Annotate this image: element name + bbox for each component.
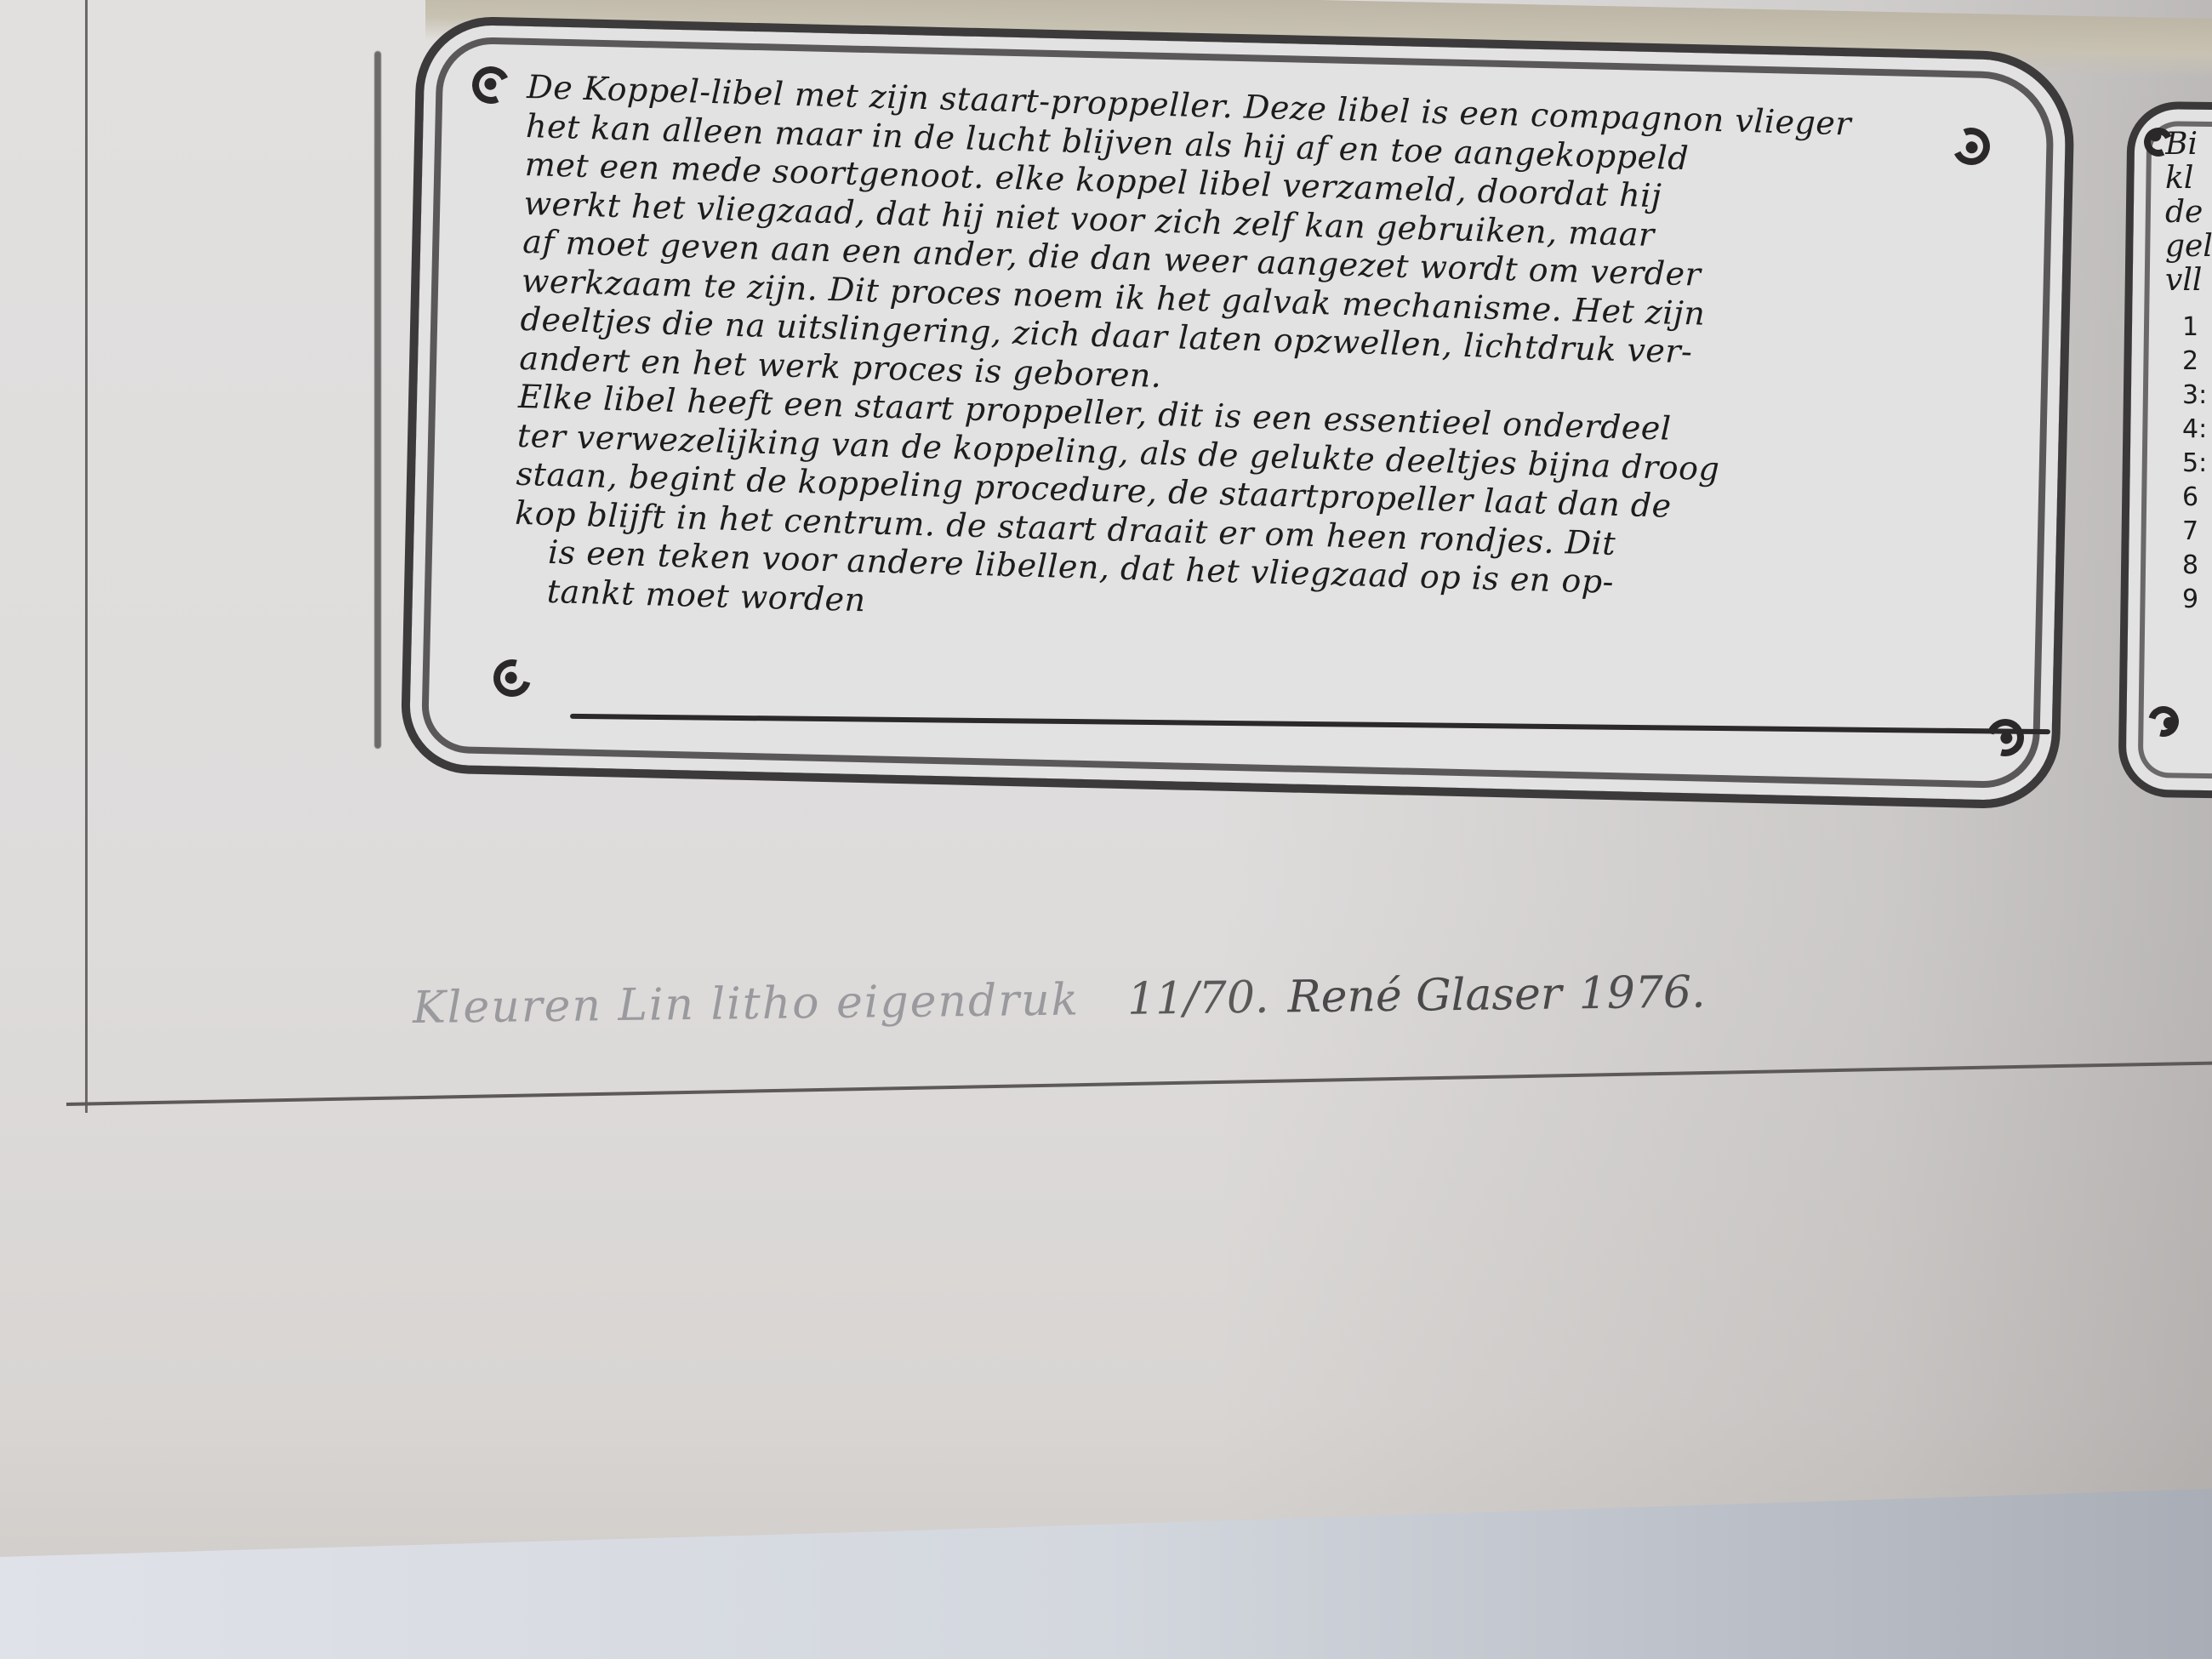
print-technique: Kleuren Lin litho eigendruk (413, 974, 1080, 1034)
list-item: 3: (2182, 379, 2212, 413)
list-item: 9 (2182, 583, 2212, 617)
list-item: 4: (2182, 413, 2212, 447)
text-line: de (2165, 196, 2212, 230)
list-item: 1 (2182, 311, 2212, 345)
cartouche-outer-rule (374, 51, 381, 749)
plate-mark-left (85, 0, 88, 1113)
text-line: gel (2165, 230, 2212, 264)
list-item: 5: (2182, 447, 2212, 481)
edition-number: 11/70. (1127, 972, 1269, 1025)
artist-name: René Glaser (1287, 968, 1562, 1023)
list-item: 7 (2182, 515, 2212, 549)
text-line: Bi (2165, 128, 2212, 162)
text-line: kl (2165, 162, 2212, 196)
list-item: 2 (2182, 345, 2212, 379)
print-year: 1976. (1578, 966, 1706, 1019)
list-item: 8 (2182, 549, 2212, 583)
next-panel-text: Bi kl de gel vll (2165, 128, 2212, 298)
text-line: vll (2165, 264, 2212, 298)
next-panel-list: 1 2 3: 4: 5: 6 7 8 9 (2182, 311, 2212, 617)
handwritten-text: De Koppel-libel met zijn staart-proppell… (512, 68, 1990, 651)
list-item: 6 (2182, 481, 2212, 515)
